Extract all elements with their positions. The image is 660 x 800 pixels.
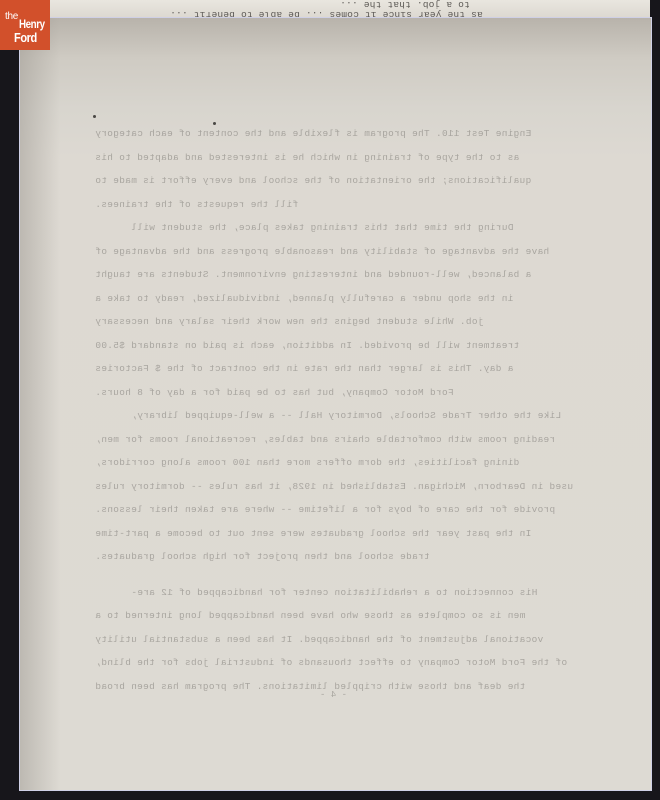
text-line: dining facilities, the dorm offers more …: [95, 451, 575, 475]
text-line: of the Ford Motor Company to effect thou…: [95, 651, 575, 675]
paper-speck: [93, 115, 96, 118]
henry-ford-logo: the Henry Ford: [0, 0, 50, 50]
text-line: men is so complete as those who have bee…: [95, 604, 575, 628]
page-number: - 4 -: [320, 690, 347, 700]
text-line: fill the requests of the trainees.: [95, 193, 575, 217]
text-line: job. While student begins the new work t…: [95, 310, 575, 334]
logo-text-the: the: [5, 11, 18, 22]
text-line: Ford Motor Company, but has to be paid f…: [95, 381, 575, 405]
text-line: reading rooms with comfortable chairs an…: [95, 428, 575, 452]
text-line: During the time that this training takes…: [95, 216, 575, 240]
text-line: a day. This is larger than the rate in t…: [95, 357, 575, 381]
text-line: Engine Test 110. The program is flexible…: [95, 122, 575, 146]
show-through-text: Engine Test 110. The program is flexible…: [95, 122, 575, 698]
text-line: Like the other Trade Schools, Dormitory …: [95, 404, 575, 428]
text-line: as to the type of training in which he i…: [95, 146, 575, 170]
text-line: qualifications; the orientation of the s…: [95, 169, 575, 193]
text-line: treatment will be provided. In addition,…: [95, 334, 575, 358]
logo-text-ford: Ford: [14, 30, 37, 45]
text-line: provide for the care of boys for a lifet…: [95, 498, 575, 522]
text-line: vocational adjustment of the handicapped…: [95, 628, 575, 652]
text-line: In the past year the school graduates we…: [95, 522, 575, 546]
text-line: a balanced, well-rounded and interesting…: [95, 263, 575, 287]
text-line: trade school and then project for high s…: [95, 545, 575, 569]
text-line: have the advantage of stability and reas…: [95, 240, 575, 264]
text-line: in the shop under a carefully planned, i…: [95, 287, 575, 311]
text-line: His connection to a rehabilitation cente…: [95, 581, 575, 605]
text-line: used in Dearborn, Michigan. Established …: [95, 475, 575, 499]
